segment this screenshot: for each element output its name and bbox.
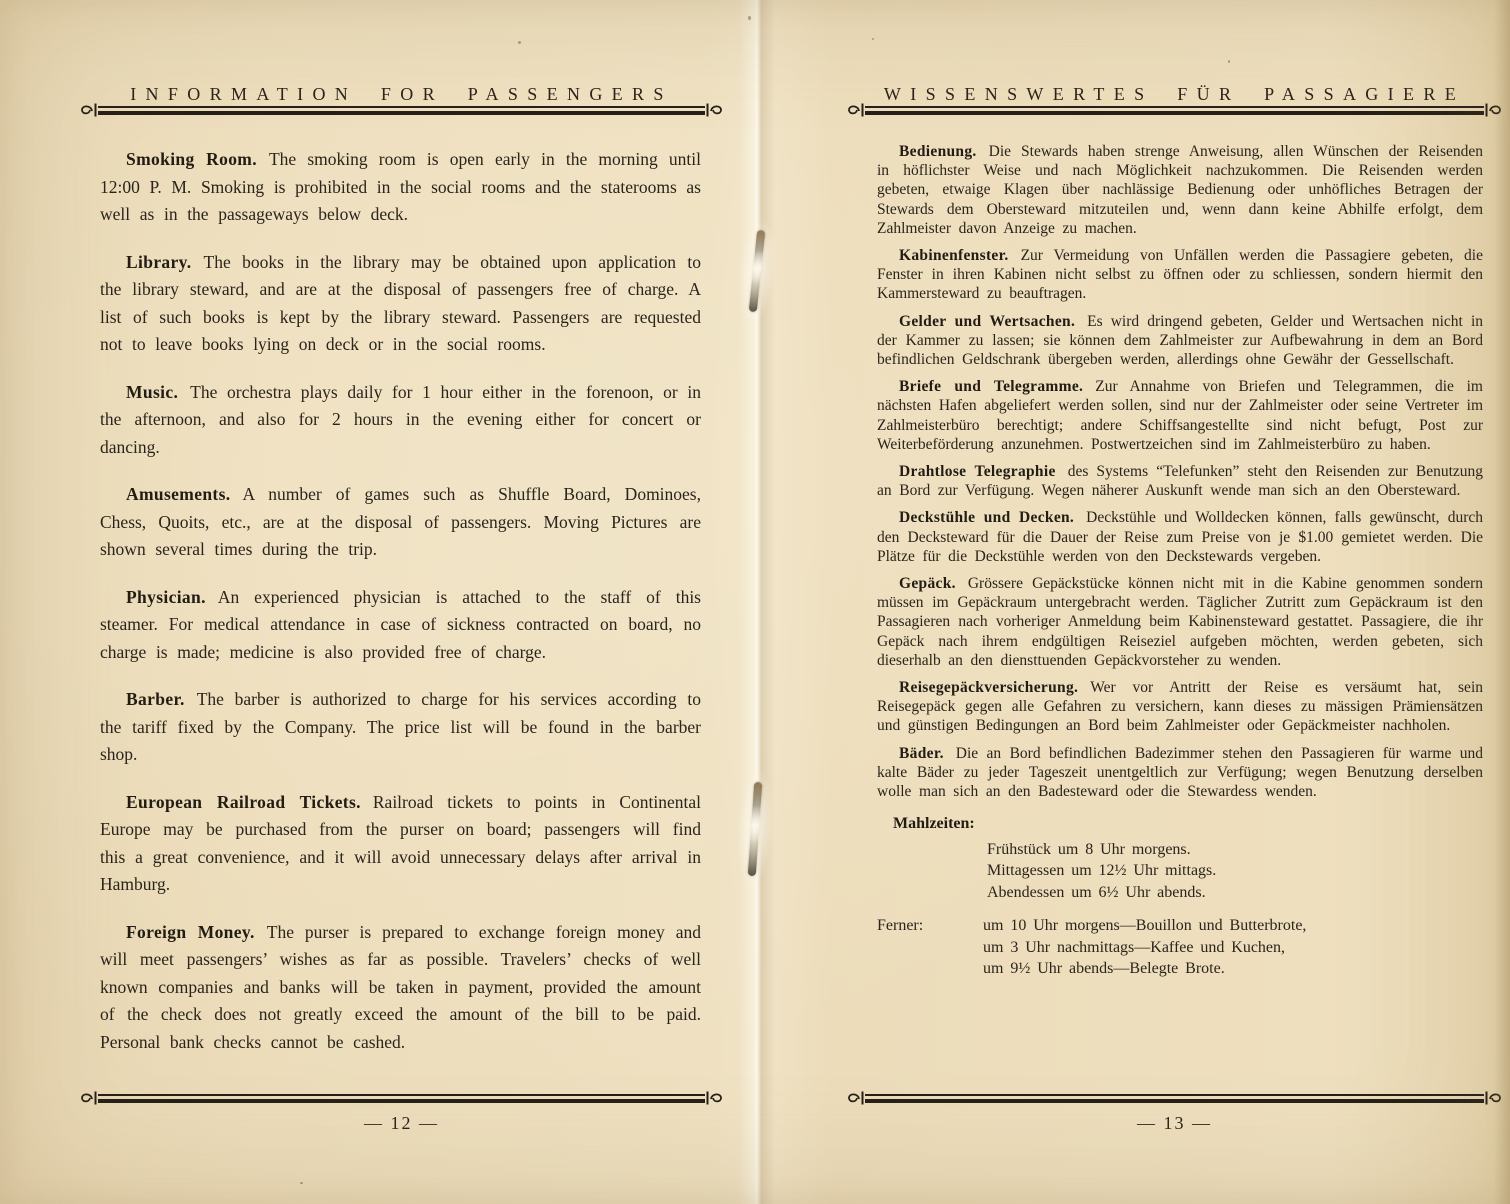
section-title: Bedienung. [899,143,977,160]
section-paragraph: European Railroad Tickets.Railroad ticke… [100,789,701,899]
meals-items: Frühstück um 8 Uhr morgens. Mittagessen … [987,839,1483,904]
section-paragraph: Gelder und Wertsachen.Es wird dringend g… [877,312,1483,370]
content-left: Smoking Room.The smoking room is open ea… [100,146,701,1076]
section-title: Music. [126,382,178,402]
section-body: The barber is authorized to charge for h… [100,689,701,764]
section-paragraph: Deckstühle und Decken.Deckstühle und Wol… [877,508,1483,566]
meals-block: Mahlzeiten: Frühstück um 8 Uhr morgens. … [877,813,1483,980]
section-paragraph: Drahtlose Telegraphiedes Systems “Telefu… [877,462,1483,500]
rule-line [865,1094,1484,1103]
section-paragraph: Gepäck.Grössere Gepäckstücke können nich… [877,574,1483,670]
ferner-row: Ferner: um 10 Uhr morgens—Bouillon und B… [877,915,1483,980]
rule-ornament-left-icon [845,1090,865,1106]
content-right: Bedienung.Die Stewards haben strenge Anw… [877,142,1483,980]
section-title: Gelder und Wertsachen. [899,313,1075,330]
section-title: Reisegepäckversicherung. [899,679,1078,696]
section-paragraph: Bedienung.Die Stewards haben strenge Anw… [877,142,1483,238]
section-title: Gepäck. [899,575,956,592]
section-title: Kabinenfenster. [899,247,1009,264]
paper-speck [748,16,751,20]
bottom-rule-left [78,1090,725,1106]
section-body: The orchestra plays daily for 1 hour eit… [100,382,701,457]
section-title: Library. [126,252,192,272]
section-title: Foreign Money. [126,922,255,942]
section-paragraph: Library.The books in the library may be … [100,249,701,359]
section-paragraph: Amusements.A number of games such as Shu… [100,481,701,564]
section-title: Barber. [126,689,185,709]
staple-bottom [748,782,763,876]
section-title: European Railroad Tickets. [126,792,361,812]
meal-line: Mittagessen um 12½ Uhr mittags. [987,860,1483,882]
section-paragraph: Foreign Money.The purser is prepared to … [100,919,701,1057]
ferner-items: um 10 Uhr morgens—Bouillon und Butterbro… [983,915,1483,980]
rule-ornament-right-icon [1484,102,1504,118]
rule-line [98,106,705,115]
page-right: WISSENSWERTES FÜR PASSAGIERE Bedienung.D… [755,0,1510,1204]
section-paragraph: Kabinenfenster.Zur Vermeidung von Unfäll… [877,246,1483,304]
section-paragraph: Bäder.Die an Bord befindlichen Badezimme… [877,744,1483,802]
ferner-line: um 10 Uhr morgens—Bouillon und Butterbro… [983,915,1483,937]
section-paragraph: Physician.An experienced physician is at… [100,584,701,667]
section-title: Smoking Room. [126,149,257,169]
paper-speck [1228,60,1230,63]
sections-right: Bedienung.Die Stewards haben strenge Anw… [877,142,1483,801]
section-body: Grössere Gepäckstücke können nicht mit i… [877,575,1483,669]
rule-ornament-left-icon [845,102,865,118]
section-title: Briefe und Telegramme. [899,378,1083,395]
rule-line [865,106,1484,115]
section-paragraph: Briefe und Telegramme.Zur Annahme von Br… [877,377,1483,454]
paper-speck [518,41,521,44]
top-rule-left [78,102,725,118]
page-number-left: — 12 — [85,1113,718,1134]
paper-speck [300,1182,303,1184]
section-title: Physician. [126,587,206,607]
bottom-rule-right [845,1090,1504,1106]
rule-ornament-left-icon [78,102,98,118]
paper-speck [872,38,874,40]
rule-ornament-left-icon [78,1090,98,1106]
ferner-line: um 3 Uhr nachmittags—Kaffee und Kuchen, [983,937,1483,959]
section-paragraph: Music.The orchestra plays daily for 1 ho… [100,379,701,462]
section-title: Drahtlose Telegraphie [899,463,1056,480]
page-left: INFORMATION FOR PASSENGERS Smoking Room.… [0,0,755,1204]
section-title: Deckstühle und Decken. [899,509,1074,526]
rule-line [98,1094,705,1103]
section-paragraph: Barber.The barber is authorized to charg… [100,686,701,769]
rule-ornament-right-icon [1484,1090,1504,1106]
top-rule-right [845,102,1504,118]
booklet-scan: INFORMATION FOR PASSENGERS Smoking Room.… [0,0,1510,1204]
page-number-right: — 13 — [852,1113,1497,1134]
section-title: Bäder. [899,745,944,762]
section-paragraph: Smoking Room.The smoking room is open ea… [100,146,701,229]
section-paragraph: Reisegepäckversicherung.Wer vor Antritt … [877,678,1483,736]
meal-line: Abendessen um 6½ Uhr abends. [987,882,1483,904]
meals-label: Mahlzeiten: [877,813,1483,835]
meal-line: Frühstück um 8 Uhr morgens. [987,839,1483,861]
section-body: Die an Bord befindlichen Badezimmer steh… [877,745,1483,800]
section-title: Amusements. [126,484,230,504]
ferner-line: um 9½ Uhr abends—Belegte Brote. [983,958,1483,980]
ferner-label: Ferner: [877,915,983,980]
staple-top [749,230,766,312]
rule-ornament-right-icon [705,1090,725,1106]
rule-ornament-right-icon [705,102,725,118]
